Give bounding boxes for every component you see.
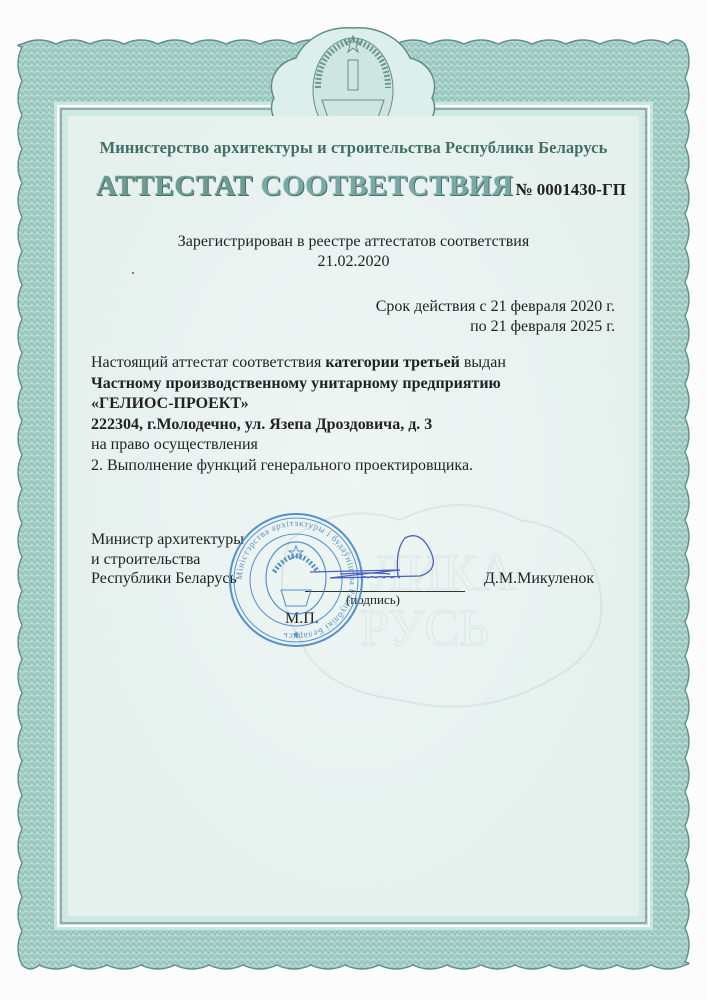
title-part2: СООТВЕТСТВИЯ (261, 170, 514, 202)
validity-to: по 21 февраля 2025 г. (376, 317, 615, 337)
validity-block: Срок действия с 21 февраля 2020 г. по 21… (376, 297, 615, 337)
registration-date: 21.02.2020 (0, 252, 707, 272)
intro-text: Настоящий аттестат соответствия (91, 354, 325, 371)
org-address: 222304, г.Молодечно, ул. Язепа Дроздович… (91, 416, 432, 433)
activity: 2. Выполнение функций генерального проек… (91, 456, 621, 477)
signer-name: Д.М.Микуленок (484, 570, 594, 588)
intro-line: Настоящий аттестат соответствия категори… (91, 353, 621, 374)
title-part1: АТТЕСТАТ (96, 170, 253, 202)
position-line-3: Республики Беларусь (91, 569, 244, 589)
certificate-number: № 0001430-ГП (515, 180, 626, 200)
registration-text: Зарегистрирован в реестре аттестатов соо… (0, 232, 707, 252)
position-line-2: и строительства (91, 550, 244, 570)
issued-text: выдан (460, 354, 506, 371)
validity-from: Срок действия с 21 февраля 2020 г. (376, 297, 615, 317)
category-text: категории третьей (325, 354, 459, 371)
registration-block: Зарегистрирован в реестре аттестатов соо… (0, 232, 707, 272)
signature-icon (300, 530, 440, 600)
org-type: Частному производственному унитарному пр… (91, 375, 501, 392)
right-label: на право осуществления (91, 435, 621, 456)
title-row: АТТЕСТАТ СООТВЕТСТВИЯ № 0001430-ГП (96, 170, 626, 206)
certificate-body: Настоящий аттестат соответствия категори… (91, 353, 621, 476)
ministry-header: Министерство архитектуры и строительства… (0, 138, 707, 158)
org-name: «ГЕЛИОС-ПРОЕКТ» (91, 395, 249, 412)
stray-dot (132, 272, 134, 274)
signatory-position: Министр архитектуры и строительства Респ… (91, 530, 244, 589)
svg-text:★: ★ (292, 630, 301, 641)
certificate-title: АТТЕСТАТ СООТВЕТСТВИЯ (96, 170, 513, 203)
position-line-1: Министр архитектуры (91, 530, 244, 550)
svg-text:РУСЬ: РУСЬ (360, 600, 489, 657)
